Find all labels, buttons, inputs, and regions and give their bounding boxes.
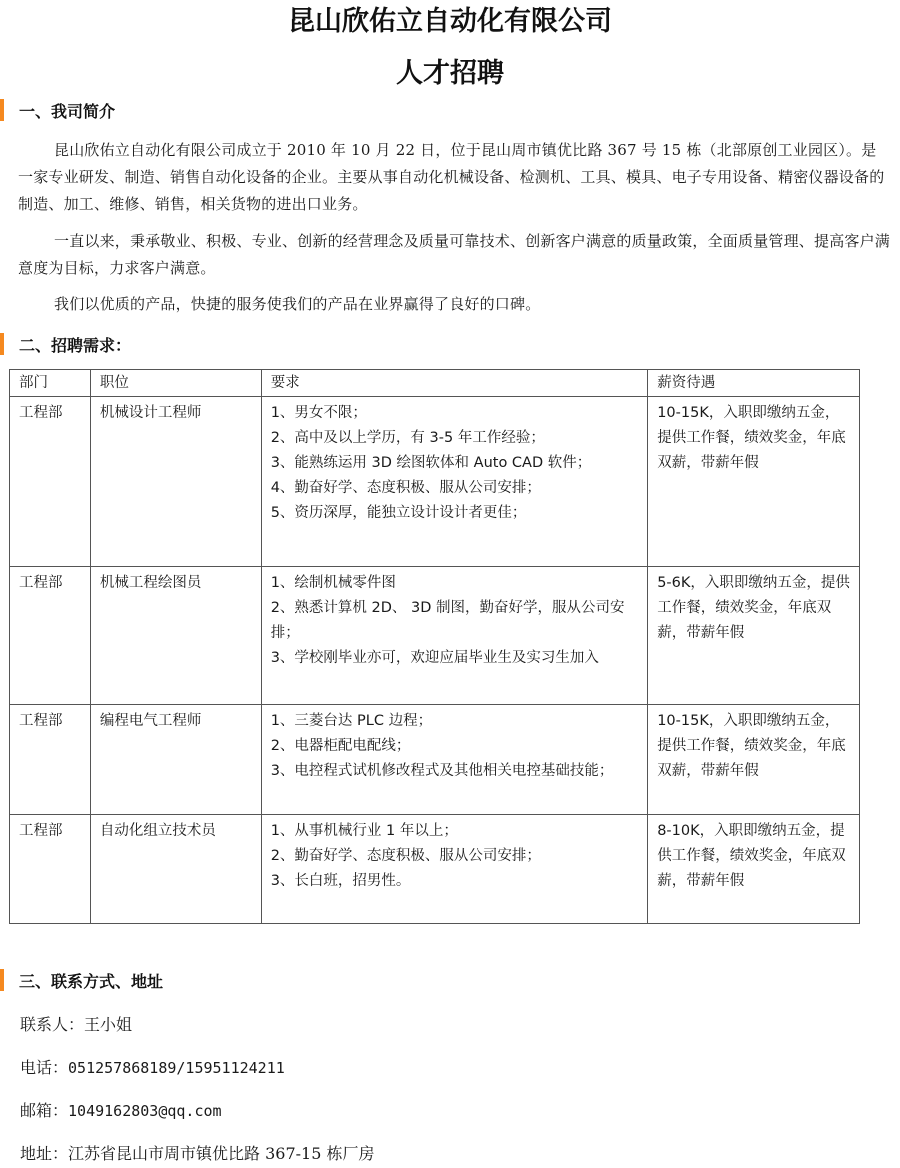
column-header-position: 职位 — [90, 370, 261, 397]
phone-label: 电话： — [20, 1058, 68, 1077]
requirement-item: 3、电控程式试机修改程式及其他相关电控基础技能； — [271, 759, 639, 784]
table-row: 工程部 编程电气工程师 1、三菱台达 PLC 边程； 2、电器柜配电配线； 3、… — [10, 705, 860, 815]
section-heading-label: 二、招聘需求： — [19, 333, 131, 356]
salary-cell: 5-6K，入职即缴纳五金，提供工作餐，绩效奖金，年底双薪，带薪年假 — [648, 567, 860, 705]
requirement-item: 2、勤奋好学、态度积极、服从公司安排； — [271, 844, 639, 869]
requirement-item: 5、资历深厚，能独立设计设计者更佳； — [271, 501, 639, 526]
phone-value: 051257868189/15951124211 — [68, 1059, 285, 1077]
table-row: 工程部 自动化组立技术员 1、从事机械行业 1 年以上； 2、勤奋好学、态度积极… — [10, 815, 860, 924]
section-accent-bar — [0, 99, 4, 121]
position-cell: 编程电气工程师 — [90, 705, 261, 815]
requirements-cell: 1、三菱台达 PLC 边程； 2、电器柜配电配线； 3、电控程式试机修改程式及其… — [261, 705, 648, 815]
requirements-cell: 1、绘制机械零件图 2、熟悉计算机 2D、 3D 制图，勤奋好学，服从公司安排；… — [261, 567, 648, 705]
position-cell: 机械工程绘图员 — [90, 567, 261, 705]
requirement-item: 3、学校刚毕业亦可，欢迎应届毕业生及实习生加入 — [271, 646, 639, 671]
position-cell: 自动化组立技术员 — [90, 815, 261, 924]
requirement-item: 3、能熟练运用 3D 绘图软体和 Auto CAD 软件； — [271, 451, 639, 476]
department-cell: 工程部 — [10, 815, 91, 924]
table-header-row: 部门 职位 要求 薪资待遇 — [10, 370, 860, 397]
salary-cell: 10-15K，入职即缴纳五金，提供工作餐，绩效奖金，年底双薪，带薪年假 — [648, 397, 860, 567]
column-header-requirements: 要求 — [261, 370, 648, 397]
section-heading-recruit: 二、招聘需求： — [0, 332, 131, 356]
table-row: 工程部 机械设计工程师 1、男女不限； 2、高中及以上学历，有 3-5 年工作经… — [10, 397, 860, 567]
department-cell: 工程部 — [10, 397, 91, 567]
requirement-item: 2、高中及以上学历，有 3-5 年工作经验； — [271, 426, 639, 451]
section-heading-label: 一、我司简介 — [19, 99, 115, 122]
recruitment-table: 部门 职位 要求 薪资待遇 工程部 机械设计工程师 1、男女不限； 2、高中及以… — [9, 369, 860, 924]
recruitment-title: 人才招聘 — [0, 56, 900, 92]
section-heading-contact: 三、联系方式、地址 — [0, 968, 163, 992]
email-value: 1049162803@qq.com — [68, 1102, 222, 1120]
contact-person-label: 联系人： — [20, 1015, 84, 1034]
phone-line: 电话：051257868189/15951124211 — [20, 1056, 285, 1080]
requirement-item: 1、三菱台达 PLC 边程； — [271, 709, 639, 734]
table-row: 工程部 机械工程绘图员 1、绘制机械零件图 2、熟悉计算机 2D、 3D 制图，… — [10, 567, 860, 705]
requirement-item: 1、绘制机械零件图 — [271, 571, 639, 596]
section-accent-bar — [0, 333, 4, 355]
requirement-item: 4、勤奋好学、态度积极、服从公司安排； — [271, 476, 639, 501]
department-cell: 工程部 — [10, 705, 91, 815]
intro-paragraph-2: 一直以来，秉承敬业、积极、专业、创新的经营理念及质量可靠技术、创新客户满意的质量… — [18, 228, 890, 282]
address-line: 地址：江苏省昆山市周市镇优比路 367-15 栋厂房 — [20, 1142, 375, 1166]
requirement-item: 2、熟悉计算机 2D、 3D 制图，勤奋好学，服从公司安排； — [271, 596, 639, 646]
column-header-salary: 薪资待遇 — [648, 370, 860, 397]
position-cell: 机械设计工程师 — [90, 397, 261, 567]
requirement-item: 1、男女不限； — [271, 401, 639, 426]
section-accent-bar — [0, 969, 4, 991]
email-label: 邮箱： — [20, 1101, 68, 1120]
requirement-item: 1、从事机械行业 1 年以上； — [271, 819, 639, 844]
requirements-cell: 1、从事机械行业 1 年以上； 2、勤奋好学、态度积极、服从公司安排； 3、长白… — [261, 815, 648, 924]
intro-paragraph-3: 我们以优质的产品，快捷的服务使我们的产品在业界赢得了良好的口碑。 — [18, 291, 890, 318]
requirements-cell: 1、男女不限； 2、高中及以上学历，有 3-5 年工作经验； 3、能熟练运用 3… — [261, 397, 648, 567]
contact-person-value: 王小姐 — [84, 1015, 132, 1034]
salary-cell: 8-10K，入职即缴纳五金，提供工作餐，绩效奖金，年底双薪，带薪年假 — [648, 815, 860, 924]
column-header-department: 部门 — [10, 370, 91, 397]
section-heading-intro: 一、我司简介 — [0, 98, 115, 122]
intro-paragraph-1: 昆山欣佑立自动化有限公司成立于 2010 年 10 月 22 日，位于昆山周市镇… — [18, 137, 890, 218]
salary-cell: 10-15K，入职即缴纳五金，提供工作餐，绩效奖金，年底双薪，带薪年假 — [648, 705, 860, 815]
department-cell: 工程部 — [10, 567, 91, 705]
address-label: 地址： — [20, 1144, 68, 1163]
company-name-title: 昆山欣佑立自动化有限公司 — [0, 4, 900, 40]
contact-person-line: 联系人：王小姐 — [20, 1013, 132, 1037]
email-line: 邮箱：1049162803@qq.com — [20, 1099, 222, 1123]
requirement-item: 3、长白班，招男性。 — [271, 869, 639, 894]
requirement-item: 2、电器柜配电配线； — [271, 734, 639, 759]
address-value: 江苏省昆山市周市镇优比路 367-15 栋厂房 — [68, 1144, 374, 1163]
section-heading-label: 三、联系方式、地址 — [19, 969, 163, 992]
